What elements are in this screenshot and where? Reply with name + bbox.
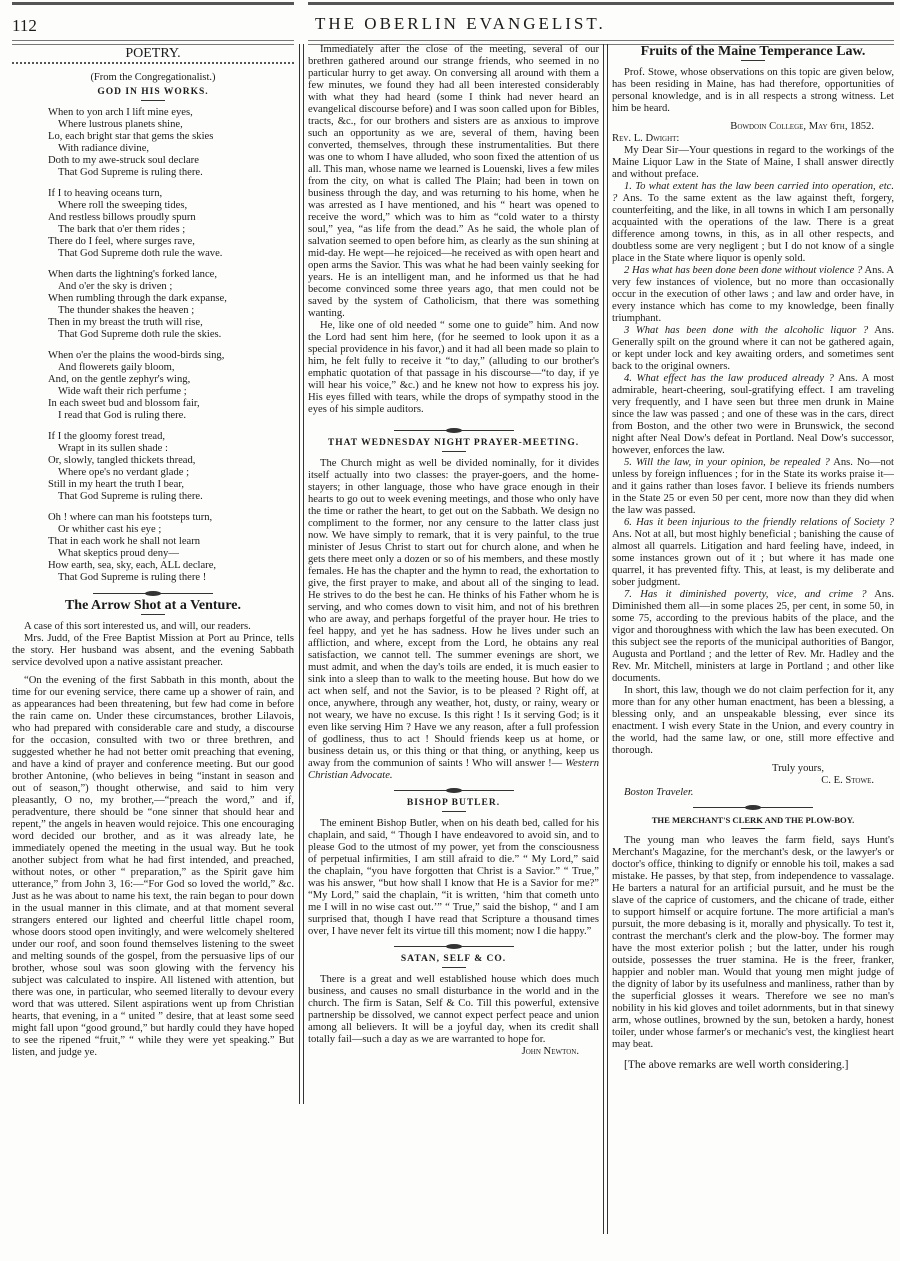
ornament-divider — [394, 430, 514, 431]
column-3: Fruits of the Maine Temperance Law. Prof… — [612, 44, 894, 1071]
poem-line: If I to heaving oceans turn, — [48, 188, 294, 200]
column-rule-1 — [299, 44, 304, 1104]
poem-line: Or whither cast his eye ; — [48, 524, 294, 536]
top-rule-left — [12, 2, 294, 5]
article-title-clerk: THE MERCHANT'S CLERK AND THE PLOW-BOY. — [612, 814, 894, 826]
section-title-poetry: POETRY. — [12, 48, 294, 60]
article-title-arrow: The Arrow Shot at a Venture. — [12, 600, 294, 612]
maine-closing: In short, this law, though we do not cla… — [612, 685, 894, 757]
poem-line: Wrapt in its sullen shade : — [48, 443, 294, 455]
poem-line: If I the gloomy forest tread, — [48, 431, 294, 443]
maine-qa-item: 2 Has what has been done been done witho… — [612, 265, 894, 325]
poem-line: That in each work he shall not learn — [48, 536, 294, 548]
poem-line: What skeptics proud deny— — [48, 548, 294, 560]
maine-salutation: Rev. L. Dwight: — [612, 133, 894, 145]
column-1: POETRY. (From the Congregationalist.) GO… — [12, 44, 294, 1059]
poem-line: That God Supreme doth rule the skies. — [48, 329, 294, 341]
article-title-butler: BISHOP BUTLER. — [308, 797, 599, 809]
poem-line: The thunder shakes the heaven ; — [48, 305, 294, 317]
maine-qa-list: 1. To what extent has the law been carri… — [612, 181, 894, 685]
article-title-satan: SATAN, SELF & CO. — [308, 953, 599, 965]
short-rule — [141, 100, 165, 101]
poem-line: And, on the gentle zephyr's wing, — [48, 374, 294, 386]
poem-line: Still in my heart the truth I bear, — [48, 479, 294, 491]
poem-line: When darts the lightning's forked lance, — [48, 269, 294, 281]
poem-stanza: When darts the lightning's forked lance,… — [48, 269, 294, 341]
poem-line: In each sweet bud and blossom fair, — [48, 398, 294, 410]
poem-line: How earth, sea, sky, each, ALL declare, — [48, 560, 294, 572]
maine-intro: Prof. Stowe, whose observations on this … — [612, 67, 894, 115]
poem-line: That God Supreme is ruling there. — [48, 167, 294, 179]
poem-stanza: Oh ! where can man his footsteps turn,Or… — [48, 512, 294, 584]
satan-text: There is a great and well established ho… — [308, 974, 599, 1046]
column-rule-2 — [603, 44, 608, 1234]
arrow-paragraph: Mrs. Judd, of the Free Baptist Mission a… — [12, 633, 294, 669]
maine-qa-item: 4. What effect has the law produced alre… — [612, 373, 894, 457]
poem-line: Doth to my awe-struck soul declare — [48, 155, 294, 167]
maine-answer: Ans. A most admirable, heart-cheering, s… — [612, 373, 894, 456]
maine-qa-item: 6. Has it been injurious to the friendly… — [612, 517, 894, 589]
maine-answer: Ans. Diminished them all—in some places … — [612, 589, 894, 684]
poem-line: Where roll the sweeping tides, — [48, 200, 294, 212]
ornament-divider — [93, 593, 213, 594]
maine-question: 5. Will the law, in your opinion, be rep… — [624, 457, 830, 468]
poem-line: I read that God is ruling there. — [48, 410, 294, 422]
short-rule — [442, 811, 466, 812]
poem-line: That God Supreme is ruling there. — [48, 491, 294, 503]
poem-stanza: When o'er the plains the wood-birds sing… — [48, 350, 294, 422]
short-rule — [741, 828, 765, 829]
poem-line: There do I feel, where surges rave, — [48, 236, 294, 248]
poem-source: (From the Congregationalist.) — [12, 72, 294, 84]
poem-body: When to yon arch I lift mine eyes,Where … — [12, 107, 294, 584]
poem-line: Wide waft their rich perfume ; — [48, 386, 294, 398]
maine-qa-item: 7. Has it diminished poverty, vice, and … — [612, 589, 894, 685]
wednesday-text: The Church might as well be divided nomi… — [308, 458, 599, 782]
satan-author: John Newton. — [308, 1046, 599, 1058]
ornament-divider — [394, 790, 514, 791]
poem-line: That God Supreme doth rule the wave. — [48, 248, 294, 260]
clerk-note: [The above remarks are well worth consid… — [612, 1059, 894, 1071]
ornament-divider — [693, 807, 813, 808]
poem-line: And restless billows proudly spurn — [48, 212, 294, 224]
butler-text: The eminent Bishop Butler, when on his d… — [308, 818, 599, 938]
poem-line: Or, slowly, tangled thickets thread, — [48, 455, 294, 467]
short-rule — [141, 614, 165, 615]
maine-question: 7. Has it diminished poverty, vice, and … — [624, 589, 867, 600]
maine-answer: Ans. Not at all, but most highly benefic… — [612, 529, 894, 588]
arrow-paragraph: A case of this sort interested us, and w… — [12, 621, 294, 633]
maine-question: 3 What has been done with the alcoholic … — [624, 325, 868, 336]
arrow-continued: He, like one of old needed “ some one to… — [308, 320, 599, 416]
poem-stanza: When to yon arch I lift mine eyes,Where … — [48, 107, 294, 179]
maine-opening: My Dear Sir—Your questions in regard to … — [612, 145, 894, 181]
ornament-divider — [394, 946, 514, 947]
masthead: THE OBERLIN EVANGELIST. — [315, 14, 606, 34]
poem-line: The bark that o'er them rides ; — [48, 224, 294, 236]
clerk-text: The young man who leaves the farm field,… — [612, 835, 894, 1051]
maine-dateline: Bowdoin College, May 6th, 1852. — [612, 121, 894, 133]
maine-answer: Ans. To the same extent as the law again… — [612, 193, 894, 264]
poem-title: GOD IN HIS WORKS. — [12, 86, 294, 98]
poem-line: Where lustrous planets shine, — [48, 119, 294, 131]
short-rule — [442, 451, 466, 452]
arrow-continued: Immediately after the close of the meeti… — [308, 44, 599, 320]
poem-line: Then in my breast the truth will rise, — [48, 317, 294, 329]
poem-line: And o'er the sky is driven ; — [48, 281, 294, 293]
maine-source: Boston Traveler. — [624, 787, 693, 798]
poem-line: When rumbling through the dark expanse, — [48, 293, 294, 305]
maine-question: 4. What effect has the law produced alre… — [624, 373, 834, 384]
poem-line: Oh ! where can man his footsteps turn, — [48, 512, 294, 524]
maine-qa-item: 5. Will the law, in your opinion, be rep… — [612, 457, 894, 517]
maine-qa-item: 1. To what extent has the law been carri… — [612, 181, 894, 265]
short-rule — [442, 967, 466, 968]
article-title-maine: Fruits of the Maine Temperance Law. — [612, 46, 894, 58]
page-number: 112 — [12, 16, 37, 36]
maine-qa-item: 3 What has been done with the alcoholic … — [612, 325, 894, 373]
poem-line: When to yon arch I lift mine eyes, — [48, 107, 294, 119]
poem-line: With radiance divine, — [48, 143, 294, 155]
poem-stanza: If I the gloomy forest tread,Wrapt in it… — [48, 431, 294, 503]
maine-question: 2 Has what has been done been done witho… — [624, 265, 862, 276]
maine-question: 6. Has it been injurious to the friendly… — [624, 517, 894, 528]
poem-line: Lo, each bright star that gems the skies — [48, 131, 294, 143]
arrow-paragraph: “On the evening of the first Sabbath in … — [12, 675, 294, 1059]
short-rule — [741, 60, 765, 61]
wavy-rule — [12, 62, 294, 64]
poem-line: That God Supreme is ruling there ! — [48, 572, 294, 584]
top-rule-right — [308, 2, 894, 5]
poem-line: When o'er the plains the wood-birds sing… — [48, 350, 294, 362]
column-2: Immediately after the close of the meeti… — [308, 44, 599, 1058]
maine-valediction: Truly yours, — [612, 763, 894, 775]
poem-line: And flowerets gaily bloom, — [48, 362, 294, 374]
poem-stanza: If I to heaving oceans turn,Where roll t… — [48, 188, 294, 260]
poem-line: Where ope's no verdant glade ; — [48, 467, 294, 479]
article-title-wednesday: THAT WEDNESDAY NIGHT PRAYER-MEETING. — [308, 437, 599, 449]
maine-signature: C. E. Stowe. — [612, 775, 894, 787]
